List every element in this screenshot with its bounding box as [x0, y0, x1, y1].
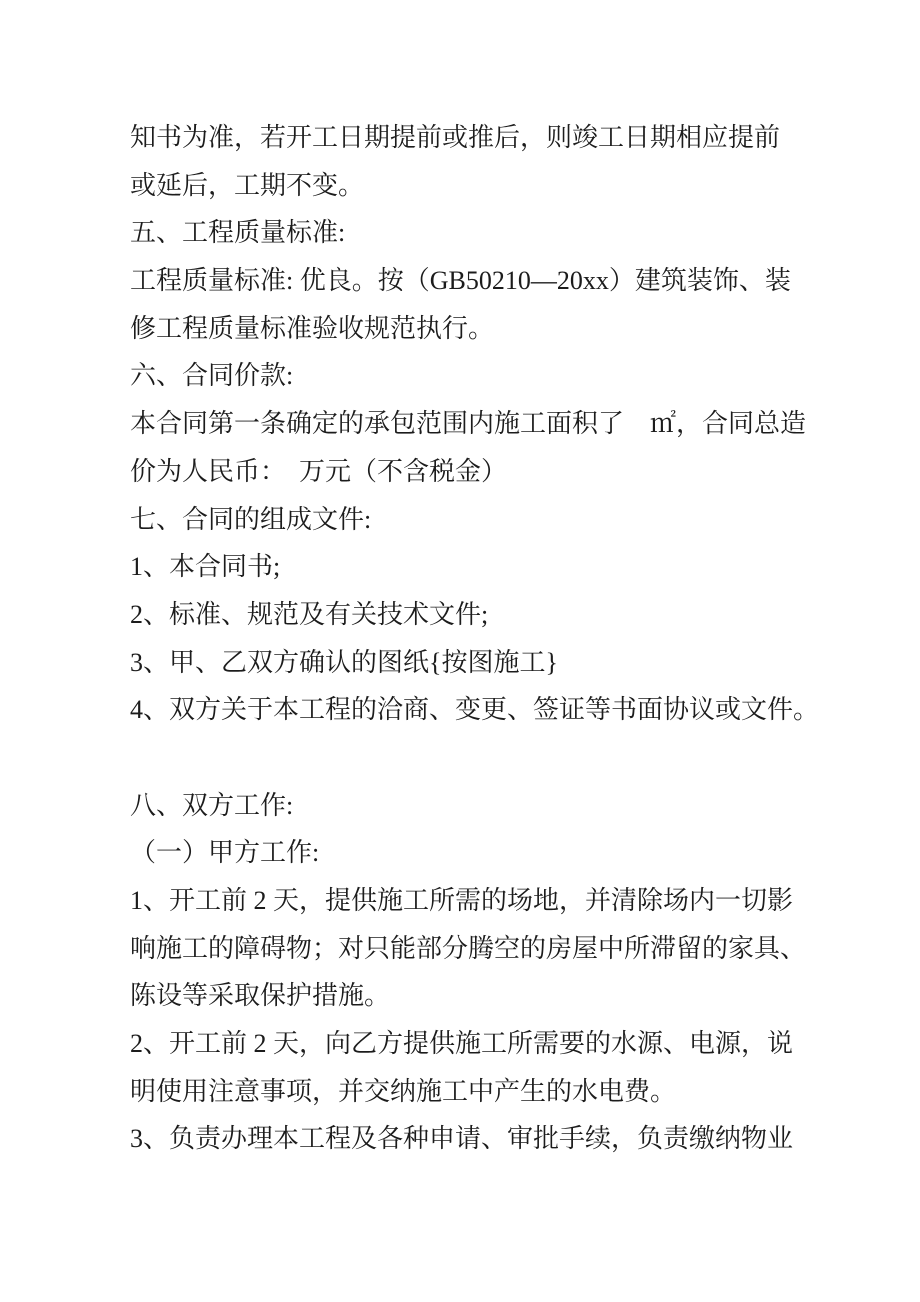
- text-line: 或延后，工期不变。: [130, 162, 830, 210]
- list-item: 2、开工前 2 天，向乙方提供施工所需要的水源、电源，说: [130, 1020, 830, 1068]
- text-line: 陈设等采取保护措施。: [130, 972, 830, 1020]
- list-item: 3、负责办理本工程及各种申请、审批手续，负责缴纳物业: [130, 1115, 830, 1163]
- text-line: 本合同第一条确定的承包范围内施工面积了 ㎡，合同总造: [130, 400, 830, 448]
- text-line: 知书为准，若开工日期提前或推后，则竣工日期相应提前: [130, 114, 830, 162]
- text-line: 明使用注意事项，并交纳施工中产生的水电费。: [130, 1068, 830, 1116]
- section-heading-contract-price: 六、合同价款:: [130, 352, 830, 400]
- document-page: 知书为准，若开工日期提前或推后，则竣工日期相应提前 或延后，工期不变。 五、工程…: [0, 0, 920, 1302]
- text-line: 工程质量标准: 优良。按（GB50210—20xx）建筑装饰、装: [130, 257, 830, 305]
- list-item: 1、开工前 2 天，提供施工所需的场地，并清除场内一切影: [130, 877, 830, 925]
- section-heading-contract-documents: 七、合同的组成文件:: [130, 496, 830, 544]
- list-item: 2、标准、规范及有关技术文件;: [130, 591, 830, 639]
- document-text-block: 知书为准，若开工日期提前或推后，则竣工日期相应提前 或延后，工期不变。 五、工程…: [130, 114, 830, 1163]
- list-item: 4、双方关于本工程的洽商、变更、签证等书面协议或文件。: [130, 686, 830, 734]
- text-line: 响施工的障碍物；对只能部分腾空的房屋中所滞留的家具、: [130, 925, 830, 973]
- section-heading-both-parties-work: 八、双方工作:: [130, 782, 830, 830]
- text-line: 价为人民币： 万元（不含税金）: [130, 448, 830, 496]
- text-line: 修工程质量标准验收规范执行。: [130, 305, 830, 353]
- section-heading-quality-standard: 五、工程质量标准:: [130, 209, 830, 257]
- list-item: 1、本合同书;: [130, 543, 830, 591]
- list-item: 3、甲、乙双方确认的图纸{按图施工}: [130, 639, 830, 687]
- blank-line: [130, 734, 830, 782]
- subsection-heading-party-a-work: （一）甲方工作:: [130, 829, 830, 877]
